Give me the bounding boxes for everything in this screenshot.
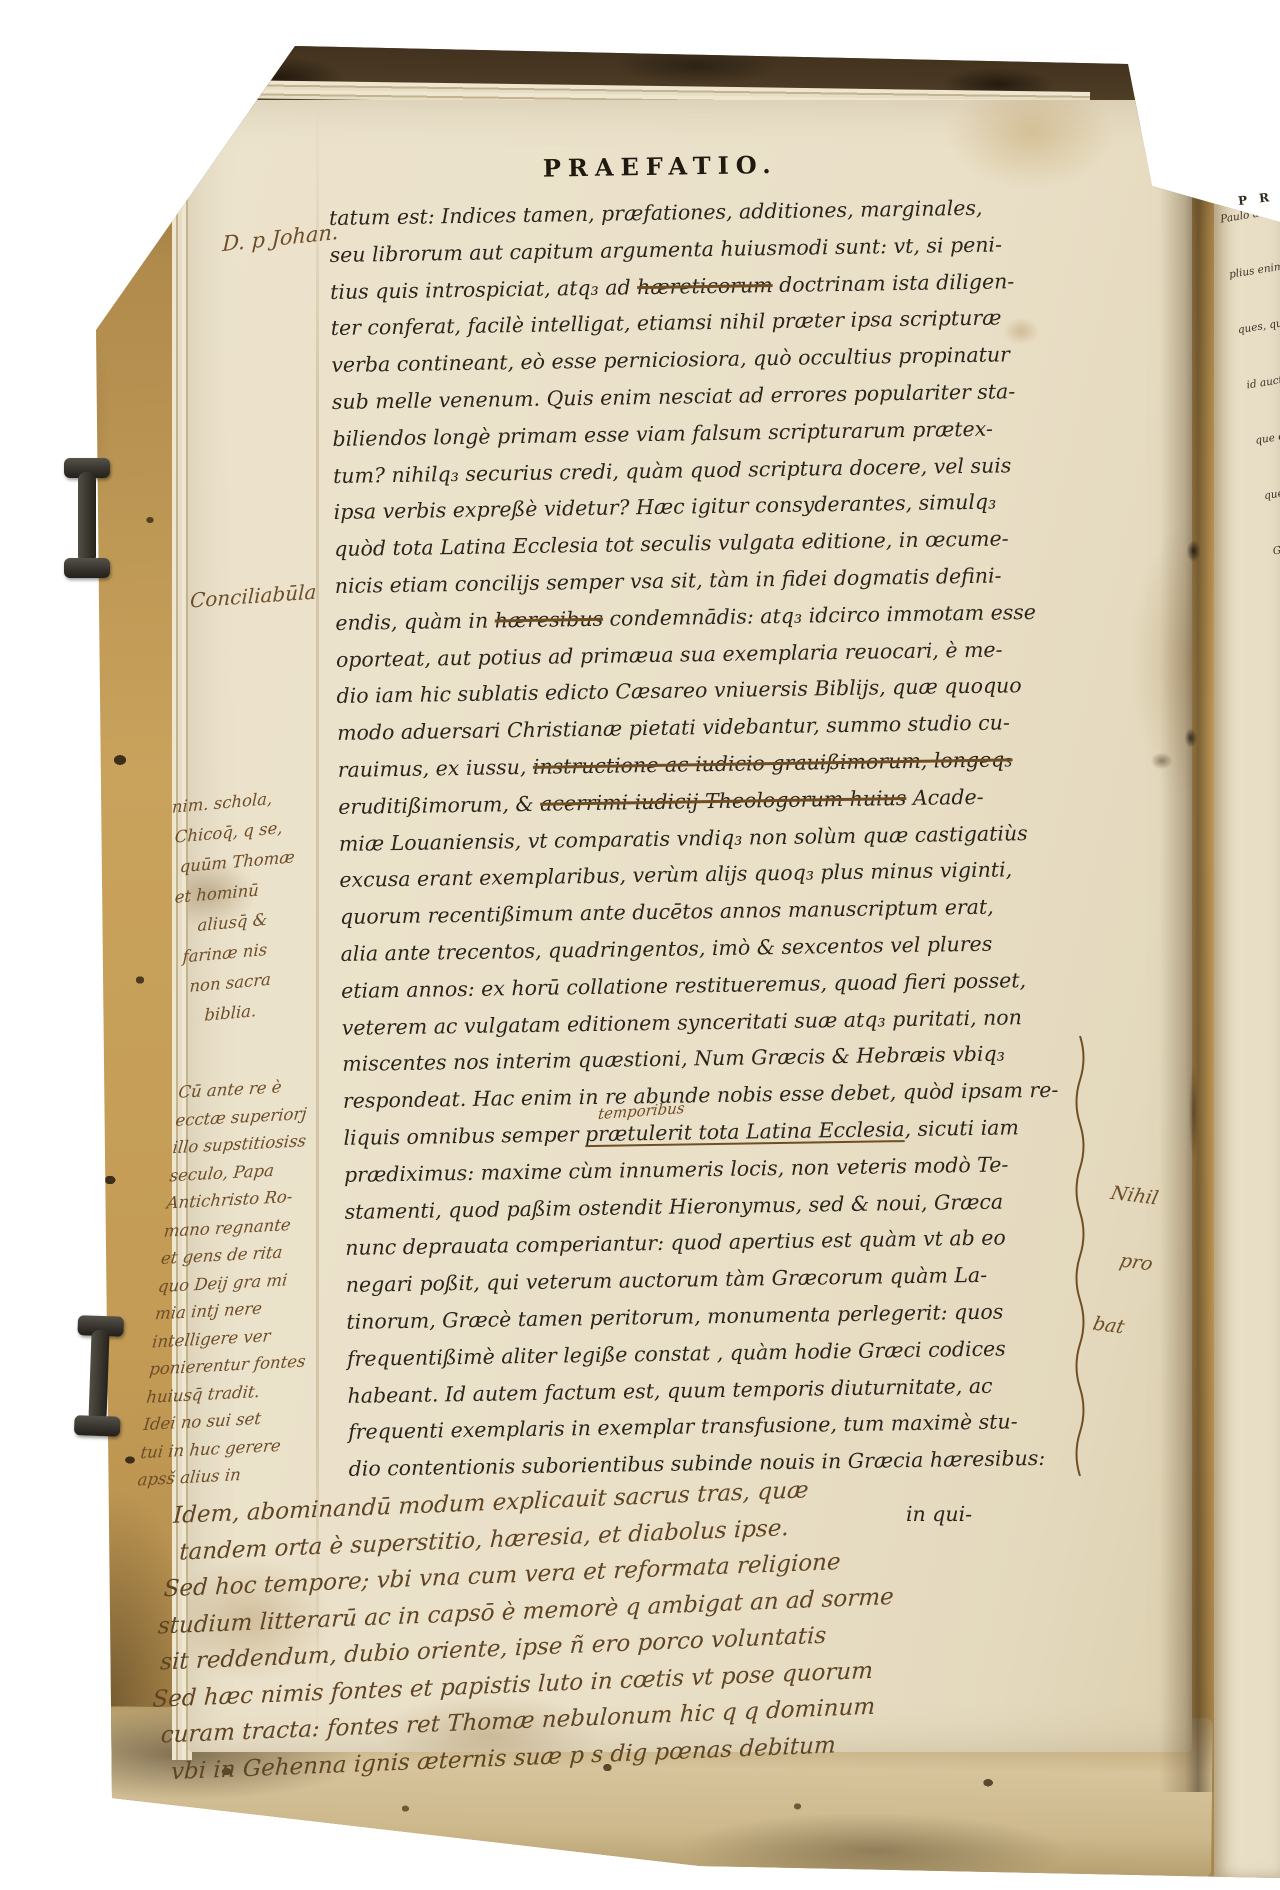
clasp-top [64, 458, 114, 578]
gutter-shadow [1160, 92, 1216, 1792]
text-segment: ipsa verbis expreßè videtur? Hæc igitur … [333, 490, 996, 524]
text-segment: miæ Louaniensis, vt comparatis vndiq₃ no… [339, 821, 1028, 856]
printed-lines: tatum est: Indices tamen, præfationes, a… [329, 190, 1013, 1488]
text-segment: endis, quàm in [335, 608, 495, 635]
ink-squiggle-line [1072, 1036, 1088, 1476]
text-segment: hæreticorum [637, 273, 773, 299]
facing-page: Paulo accidere soleplius enim Ambroques,… [1214, 186, 1280, 1878]
text-segment: ter conferat, facilè intelligat, etiamsi… [331, 306, 1002, 341]
text-segment: biliendos longè primam esse viam falsum … [332, 416, 993, 450]
text-segment: acerrimi iudicij Theologorum huius [540, 786, 907, 816]
text-segment: verba contineant, eò esse perniciosiora,… [331, 343, 1010, 378]
text-segment: doctrinam ista diligen- [772, 269, 1014, 297]
handwritten-annotation-block: Idem, abominandū modum explicauit sacrus… [154, 1463, 1047, 1791]
facing-page-header: P R [1237, 190, 1274, 208]
text-segment: quòd tota Latina Ecclesia tot seculis vu… [334, 527, 1009, 562]
text-segment: excusa erant exemplaribus, verùm alijs q… [339, 858, 1012, 893]
text-segment: veterem ac vulgatam editionem synceritat… [342, 1005, 1022, 1040]
clasp-bar [74, 1415, 121, 1437]
photo-canvas: Paulo accidere soleplius enim Ambroques,… [0, 0, 1280, 1890]
text-segment: tatum est: Indices tamen, præfationes, a… [329, 196, 983, 230]
text-segment: negari poßit, qui veterum auctorum tàm G… [346, 1263, 988, 1297]
text-segment: stamenti, quod paßim ostendit Hieronymus… [344, 1189, 1003, 1223]
text-segment: eruditißimorum, & [338, 791, 540, 818]
text-segment: etiam annos: ex horū collatione restitue… [341, 968, 1026, 1003]
clasp-stem [78, 472, 96, 564]
text-segment: quorum recentißimum ante ducētos annos m… [340, 895, 994, 929]
text-segment: miscentes nos interim quæstioni, Num Græ… [342, 1042, 1005, 1076]
text-segment: tinorum, Græcè tamen peritorum, monument… [346, 1299, 1003, 1333]
text-segment: rauimus, ex iussu, [338, 755, 534, 782]
text-segment: prædiximus: maxime cùm innumeris locis, … [344, 1152, 1009, 1186]
text-segment: instructione ac iudicio grauißimorum, lo… [533, 747, 1013, 779]
text-segment: dio iam hic sublatis edicto Cæsareo vniu… [336, 674, 1021, 709]
text-segment: hæresibus [495, 607, 604, 633]
text-segment: respondeat. Hac enim in re abunde nobis … [343, 1078, 1059, 1113]
text-segment: tum? nihilq₃ securius credi, quàm quod s… [333, 453, 1012, 488]
clasp-bar [64, 558, 110, 578]
text-segment: liquis omnibus semper [343, 1122, 585, 1150]
facing-page-text: Paulo accidere soleplius enim Ambroques,… [1216, 186, 1280, 1630]
text-segment: seu librorum aut capitum argumenta huius… [329, 232, 1002, 267]
text-segment: condemnādis: atq₃ idcirco immotam esse [603, 600, 1036, 631]
clasp-bottom [74, 1315, 128, 1437]
text-segment: tius quis introspiciat, atq₃ ad [330, 275, 637, 304]
text-segment: prætulerit tota Latina Ecclesia [585, 1117, 905, 1146]
margin-note-mid-block: nim. schola,Chicoq̄, q se,quūm Thomæet h… [164, 782, 297, 1035]
text-segment: nicis etiam concilijs semper vsa sit, tà… [335, 563, 1002, 597]
clasp-stem [88, 1330, 109, 1423]
text-segment: oporteat, aut potius ad primæua sua exem… [336, 637, 1003, 671]
text-segment: modo aduersari Christianæ pietati videba… [337, 711, 1010, 746]
text-segment: sub melle venenum. Quis enim nesciat ad … [332, 379, 1016, 414]
text-segment: alia ante trecentos, quadringentos, imò … [340, 932, 992, 966]
text-segment: nunc deprauata comperiantur: quod aperti… [345, 1226, 1006, 1260]
text-segment: habeant. Id autem factum est, quum tempo… [347, 1373, 992, 1407]
text-segment: frequentißimè aliter legiße constat , qu… [347, 1336, 1006, 1370]
text-segment: , sicuti iam [904, 1115, 1019, 1141]
printed-text-block: PRAEFATIO. tatum est: Indices tamen, præ… [328, 142, 1013, 1488]
text-segment: frequenti exemplaris in exemplar transfu… [348, 1410, 1018, 1445]
text-segment: Acade- [906, 785, 984, 810]
